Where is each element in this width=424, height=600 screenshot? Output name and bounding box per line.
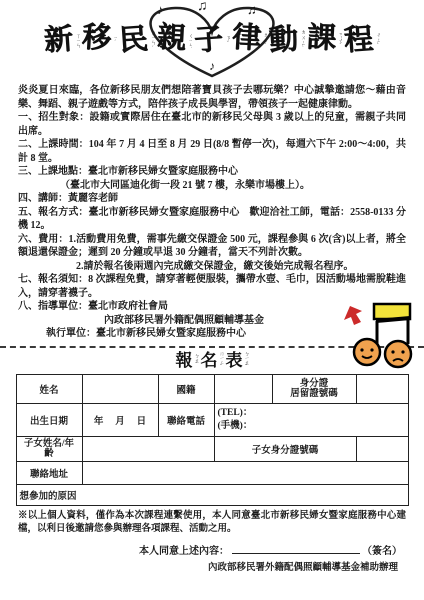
id-input-cell[interactable] bbox=[356, 374, 408, 403]
phone-label: 聯絡電話 bbox=[158, 403, 214, 436]
item-target: 一、招生對象：設籍或實際居住在臺北市的新移民父母與 3 歲以上的兒童，需親子共同… bbox=[18, 111, 406, 138]
title-char: 表ㄅㄧㄠˇ bbox=[226, 351, 249, 370]
id-label: 身分證 居留證號碼 bbox=[272, 374, 356, 403]
child-label: 子女姓名/年齡 bbox=[16, 436, 82, 461]
privacy-note: ※以上個人資料，僅作為本次課程連繫使用，本人同意臺北市新移民婦女暨家庭服務中心建… bbox=[0, 506, 424, 536]
title-char: 親ㄑㄧㄣ bbox=[157, 26, 193, 55]
registration-form-table: 姓名 國籍 身分證 居留證號碼 出生日期 年 月 日 聯絡電話 (TEL)： (… bbox=[16, 374, 409, 506]
child-id-input-cell[interactable] bbox=[356, 436, 408, 461]
title-char: 律ㄌㄩˋ bbox=[232, 26, 268, 55]
name-input-cell[interactable] bbox=[82, 374, 158, 403]
item-fee: 六、費用：1.活動費用免費，需事先繳交保證金 500 元，課程參與 6 次(含)… bbox=[18, 233, 406, 260]
birth-label: 出生日期 bbox=[16, 403, 82, 436]
svg-text:♫: ♫ bbox=[197, 0, 208, 14]
nationality-label: 國籍 bbox=[158, 374, 214, 403]
name-label: 姓名 bbox=[16, 374, 82, 403]
title-char: 新ㄒㄧㄣ bbox=[44, 26, 80, 55]
title-char: 民ㄇㄧㄣˊ bbox=[119, 26, 155, 55]
address-label: 聯絡地址 bbox=[16, 461, 82, 484]
item-signup: 五、報名方式：臺北市新移民婦女暨家庭服務中心 歡迎洽社工師，電話：2558-01… bbox=[18, 206, 406, 233]
flyer-page: ♪ ♫ ♬ ♩ ♪ 新ㄒㄧㄣ移ㄧˊ民ㄇㄧㄣˊ親ㄑㄧㄣ子ㄗˇ律ㄌㄩˋ動ㄉㄨㄥˋ課ㄎ… bbox=[0, 0, 424, 600]
item-fee-2: 2.請於報名後兩週內完成繳交保證金，繳交後始完成報名程序。 bbox=[18, 260, 406, 274]
sponsor-footer: 內政部移民署外籍配偶照顧輔導基金補助辦理 bbox=[0, 559, 424, 573]
title-char: 程ㄔㄥˊ bbox=[344, 26, 380, 55]
svg-text:♪: ♪ bbox=[209, 59, 215, 73]
id-label-line1: 身分證 bbox=[276, 379, 353, 389]
reason-label[interactable]: 想參加的原因 bbox=[16, 484, 408, 505]
title-char: 動ㄉㄨㄥˋ bbox=[269, 26, 305, 55]
mobile-label: (手機)： bbox=[218, 420, 405, 433]
item-place-address: （臺北市大同區迪化街一段 21 號 7 樓，永樂市場樓上）。 bbox=[18, 179, 406, 193]
title-char: 報ㄅㄠˋ bbox=[176, 352, 199, 369]
intro-paragraph: 炎炎夏日來臨，各位新移民朋友們想陪著寶貝孩子去哪玩樂？中心誠摯邀請您～藉由音樂、… bbox=[18, 84, 406, 111]
item-teacher: 四、講師：黃麗容老師 bbox=[18, 192, 406, 206]
nationality-input-cell[interactable] bbox=[214, 374, 272, 403]
header: ♪ ♫ ♬ ♩ ♪ 新ㄒㄧㄣ移ㄧˊ民ㄇㄧㄣˊ親ㄑㄧㄣ子ㄗˇ律ㄌㄩˋ動ㄉㄨㄥˋ課ㄎ… bbox=[0, 0, 424, 82]
tel-label: (TEL)： bbox=[218, 407, 405, 420]
child-input-cell[interactable] bbox=[82, 436, 214, 461]
phone-input-cell[interactable]: (TEL)： (手機)： bbox=[214, 403, 408, 436]
agreement-row: 本人同意上述內容： （簽名） bbox=[0, 542, 424, 557]
sign-label: （簽名） bbox=[362, 546, 402, 557]
title-char: 課ㄎㄜˋ bbox=[307, 26, 343, 55]
title-char: 名ㄇㄧㄥˊ bbox=[201, 351, 224, 370]
svg-text:♪: ♪ bbox=[157, 2, 164, 17]
item-place: 三、上課地點：臺北市新移民婦女暨家庭服務中心 bbox=[18, 165, 406, 179]
svg-text:♬: ♬ bbox=[247, 2, 260, 17]
id-label-line2: 居留證號碼 bbox=[276, 389, 353, 399]
item-time: 二、上課時間：104 年 7 月 4 日至 8 月 29 日(8/8 暫停一次)… bbox=[18, 138, 406, 165]
smiling-notes-icon bbox=[336, 298, 420, 370]
title-char: 子ㄗˇ bbox=[194, 26, 230, 55]
item-notice: 七、報名須知：8 次課程免費，請穿著輕便服裝，攜帶水壺、毛巾，因活動場地需脫鞋進… bbox=[18, 273, 406, 300]
address-input-cell[interactable] bbox=[82, 461, 408, 484]
agree-label: 本人同意上述內容： bbox=[139, 546, 229, 557]
title-char: 移ㄧˊ bbox=[82, 26, 118, 55]
birth-input-cell[interactable]: 年 月 日 bbox=[82, 403, 158, 436]
child-id-label: 子女身分證號碼 bbox=[214, 436, 356, 461]
page-title: 新ㄒㄧㄣ移ㄧˊ民ㄇㄧㄣˊ親ㄑㄧㄣ子ㄗˇ律ㄌㄩˋ動ㄉㄨㄥˋ課ㄎㄜˋ程ㄔㄥˊ bbox=[0, 26, 424, 55]
signature-line[interactable] bbox=[232, 543, 360, 554]
